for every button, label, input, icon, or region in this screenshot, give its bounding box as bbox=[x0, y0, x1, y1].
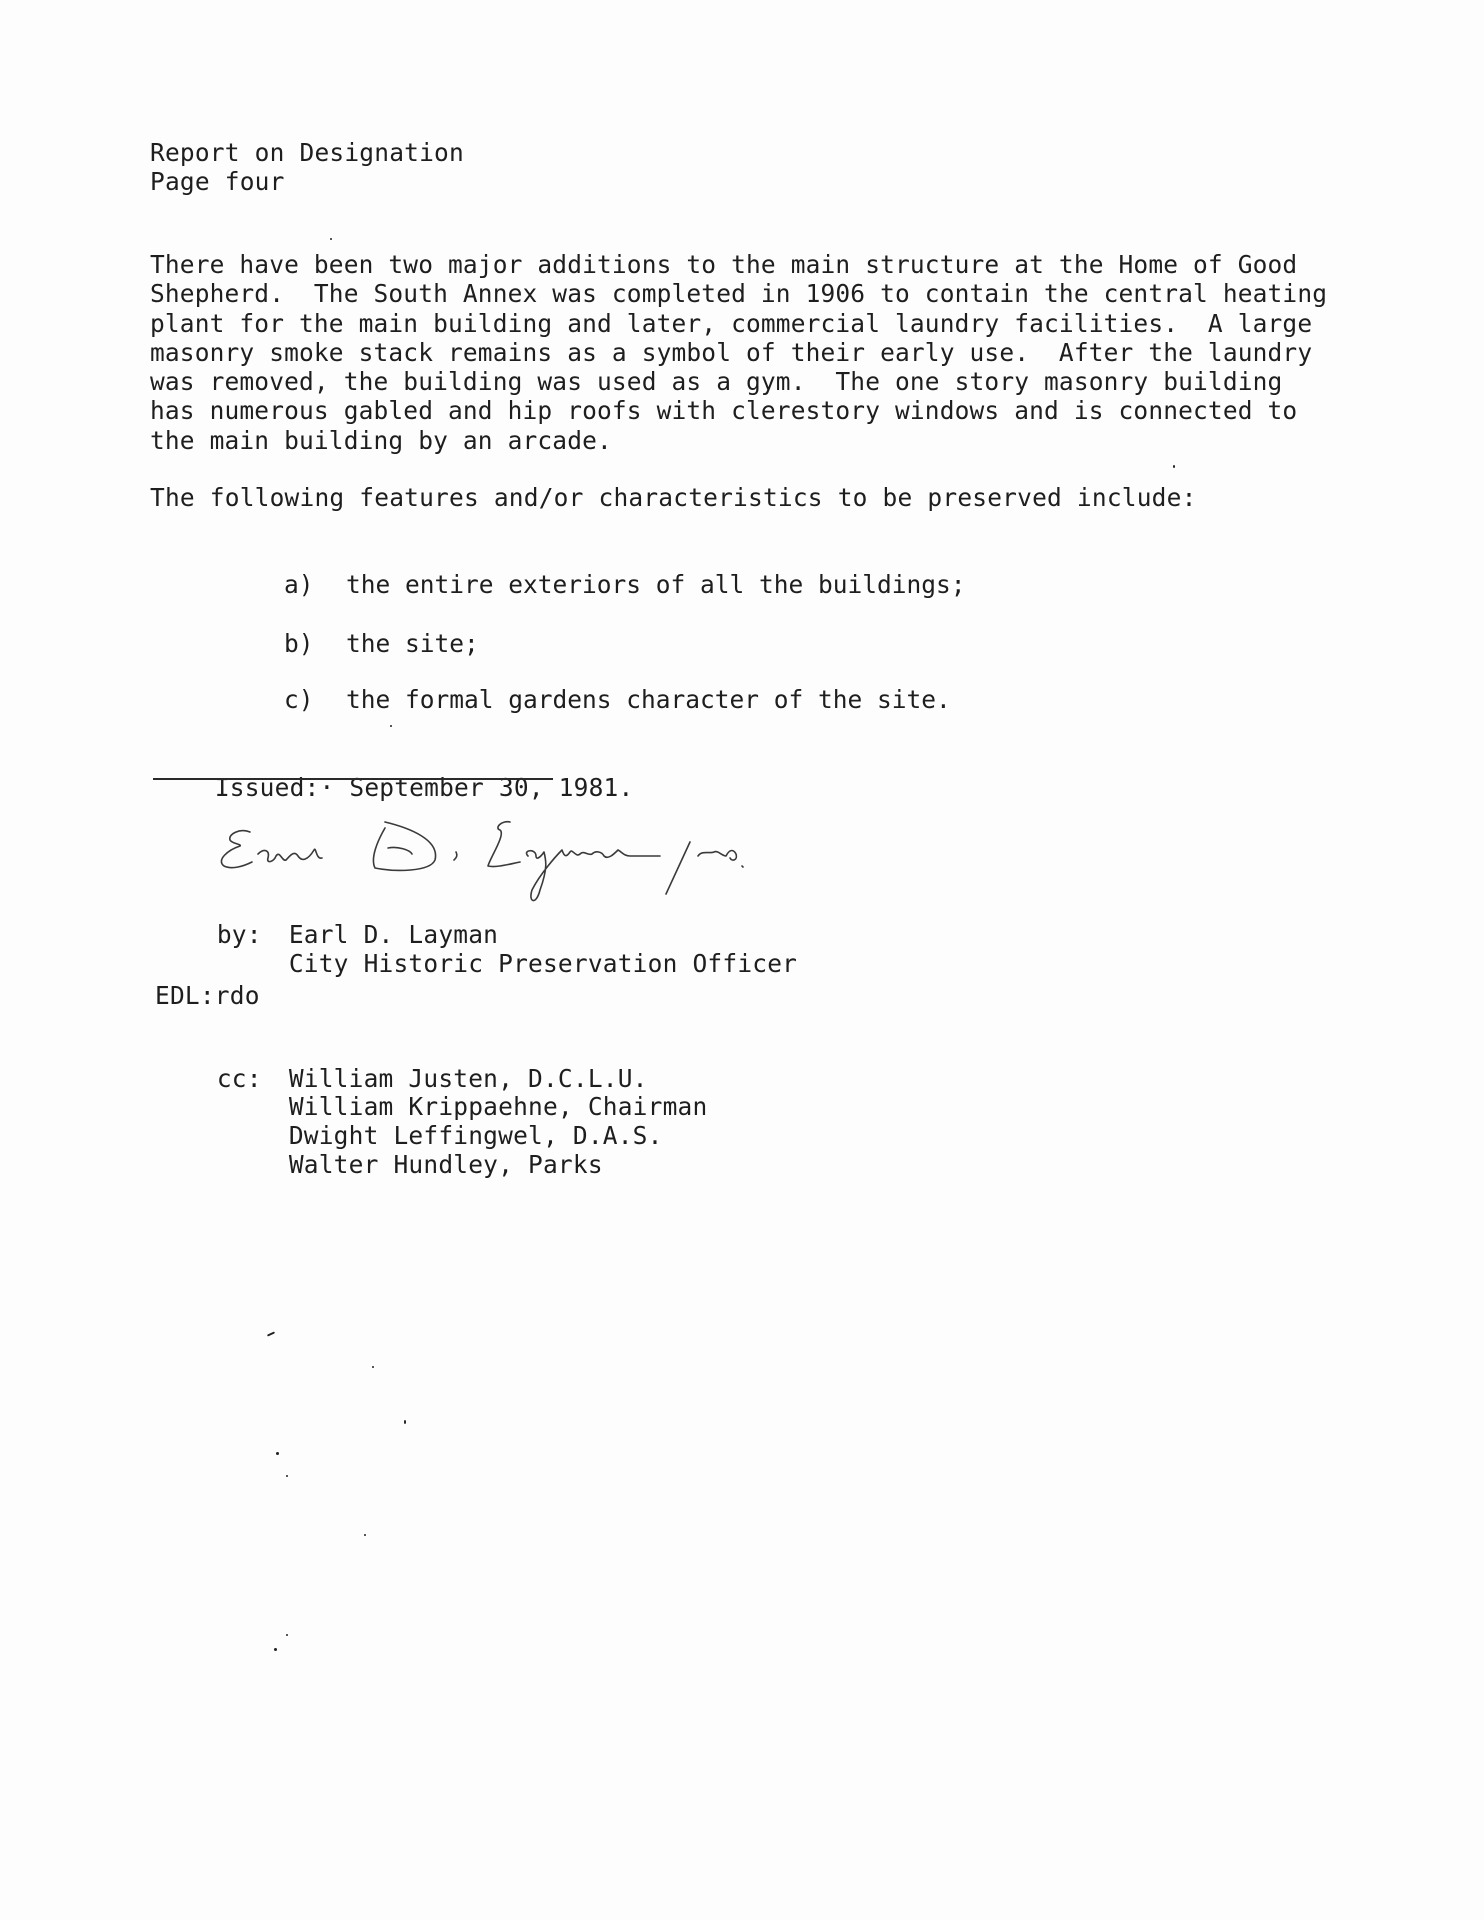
scan-speck bbox=[404, 1420, 406, 1424]
issued-underline bbox=[153, 778, 553, 780]
scan-speck bbox=[276, 1452, 279, 1455]
scan-speck bbox=[390, 725, 392, 727]
features-intro: The following features and/or characteri… bbox=[150, 483, 1197, 512]
scan-speck bbox=[274, 1648, 277, 1651]
paragraph-line: plant for the main building and later, c… bbox=[150, 309, 1330, 338]
cc-line: Walter Hundley, Parks bbox=[157, 1121, 603, 1208]
report-title: Report on Designation bbox=[150, 138, 464, 167]
feature-label: b) bbox=[284, 629, 346, 658]
scan-speck bbox=[286, 1634, 288, 1636]
document-page: Report on Designation Page four There ha… bbox=[0, 0, 1484, 1920]
scan-speck bbox=[364, 1534, 366, 1536]
feature-text: the site; bbox=[346, 629, 479, 658]
feature-label: a) bbox=[284, 570, 346, 599]
issued-period: . bbox=[618, 773, 633, 802]
paragraph-line: was removed, the building was used as a … bbox=[150, 367, 1330, 396]
paragraph-line: Shepherd. The South Annex was completed … bbox=[150, 279, 1330, 308]
scan-speck bbox=[372, 1366, 374, 1368]
reference-initials: EDL:rdo bbox=[155, 981, 260, 1010]
scan-speck bbox=[330, 238, 332, 240]
paragraph-line: masonry smoke stack remains as a symbol … bbox=[150, 338, 1330, 367]
feature-text: the formal gardens character of the site… bbox=[346, 685, 951, 714]
body-paragraph: There have been two major additions to t… bbox=[150, 250, 1330, 455]
cc-recipient: Walter Hundley, Parks bbox=[289, 1150, 603, 1179]
paragraph-line: the main building by an arcade. bbox=[150, 426, 1330, 455]
feature-label: c) bbox=[284, 685, 346, 714]
scan-speck bbox=[286, 1475, 288, 1477]
feature-item: c)the formal gardens character of the si… bbox=[225, 656, 951, 743]
page-number: Page four bbox=[150, 167, 285, 196]
scan-speck bbox=[267, 1331, 275, 1336]
signer-title: City Historic Preservation Officer bbox=[289, 949, 797, 978]
paragraph-line: There have been two major additions to t… bbox=[150, 250, 1330, 279]
scan-speck bbox=[1173, 465, 1175, 468]
paragraph-line: has numerous gabled and hip roofs with c… bbox=[150, 396, 1330, 425]
feature-text: the entire exteriors of all the building… bbox=[346, 570, 966, 599]
